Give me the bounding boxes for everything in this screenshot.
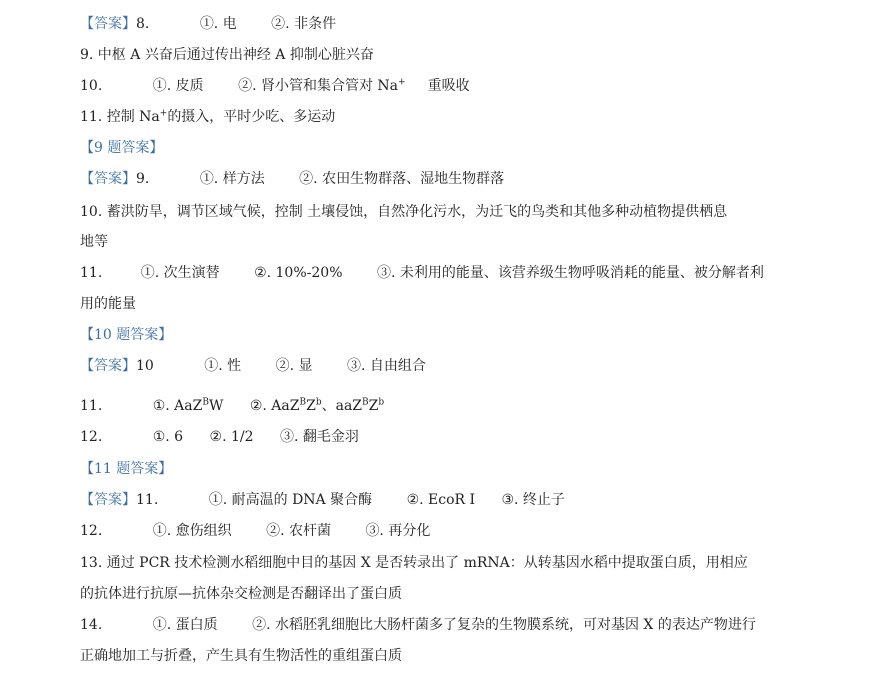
answer-line-10: 【答案】10 ①. 性 ②. 显 ③. 自由组合 (80, 356, 426, 376)
option-2: ②. 显 (276, 358, 313, 374)
option-1: ①. 性 (204, 358, 241, 374)
answer-line-14-cont: 正确地加工与折叠，产生具有生物活性的重组蛋白质 (80, 646, 402, 666)
option-1: ①. 6 (153, 429, 183, 445)
option-1: ①. 皮质 (153, 78, 204, 94)
option-3: ③. 再分化 (365, 523, 430, 539)
question-number: 11. (80, 265, 102, 281)
option-2: ②. 1/2 (210, 429, 254, 445)
question-number: 12. (80, 523, 102, 539)
answer-line-9: 【答案】9. ①. 样方法 ②. 农田生物群落、湿地生物群落 (80, 169, 504, 189)
answer-tag: 【答案】 (80, 171, 136, 187)
question-number: 8. (136, 16, 149, 32)
option-3: ③. 终止子 (501, 492, 564, 508)
answer-line-12: 12. ①. 愈伤组织 ②. 农杆菌 ③. 再分化 (80, 521, 430, 541)
option-1: ①. 愈伤组织 (153, 523, 232, 539)
option-1: ①. 次生演替 (141, 265, 220, 281)
answer-line-14: 14. ①. 蛋白质 ②. 水稻胚乳细胞比大肠杆菌多了复杂的生物膜系统，可对基因… (80, 615, 756, 635)
answer-line-10-cont: 地等 (80, 232, 108, 252)
option-1: ①. 电 (200, 16, 237, 32)
answer-line-10: 10. 蓄洪防旱，调节区域气候，控制 土壤侵蚀，自然净化污水，为迁飞的鸟类和其他… (80, 202, 727, 222)
answer-line-11-cont: 用的能量 (80, 294, 136, 314)
answer-line-10: 10. ①. 皮质 ②. 肾小管和集合管对 Na+重吸收 (80, 76, 470, 96)
option-2: ②. 农田生物群落、湿地生物群落 (299, 171, 504, 187)
answer-text: 9. 中枢 A 兴奋后通过传出神经 A 抑制心脏兴奋 (80, 47, 374, 63)
answer-line-11: 【答案】11. ①. 耐高温的 DNA 聚合酶 ②. EcoR I ③. 终止子 (80, 490, 565, 510)
option-1: ①. 样方法 (200, 171, 265, 187)
section-header-10: 【10 题答案】 (80, 325, 172, 345)
question-number: 14. (80, 617, 102, 633)
question-number: 11. (136, 492, 158, 508)
answer-line-13: 13. 通过 PCR 技术检测水稻细胞中目的基因 X 是否转录出了 mRNA：从… (80, 553, 748, 573)
option-2: ②. 肾小管和集合管对 Na+重吸收 (238, 78, 470, 94)
option-2: ②. EcoR I (407, 492, 475, 508)
option-3: ③. 自由组合 (347, 358, 426, 374)
option-1: ①. AaZBW (153, 398, 224, 414)
question-number: 10 (136, 358, 154, 374)
option-1: ①. 耐高温的 DNA 聚合酶 (209, 492, 372, 508)
option-2: ②. 水稻胚乳细胞比大肠杆菌多了复杂的生物膜系统，可对基因 X 的表达产物进行 (252, 617, 756, 633)
answer-line-9: 9. 中枢 A 兴奋后通过传出神经 A 抑制心脏兴奋 (80, 45, 374, 65)
option-3: ③. 翻毛金羽 (280, 429, 359, 445)
option-1: ①. 蛋白质 (153, 617, 218, 633)
option-2: ②. AaZBZb、aaZBZb (250, 398, 384, 414)
section-header-11: 【11 题答案】 (80, 459, 172, 479)
answer-tag: 【答案】 (80, 358, 136, 374)
answer-line-11: 11. ①. 次生演替 ②. 10%-20% ③. 未利用的能量、该营养级生物呼… (80, 263, 764, 283)
option-2: ②. 10%-20% (254, 265, 342, 281)
option-2: ②. 非条件 (271, 16, 336, 32)
answer-tag: 【答案】 (80, 492, 136, 508)
answer-line-13-cont: 的抗体进行抗原—抗体杂交检测是否翻译出了蛋白质 (80, 584, 402, 604)
answer-line-8: 【答案】8. ①. 电 ②. 非条件 (80, 14, 336, 34)
question-number: 11. (80, 398, 102, 414)
answer-line-11: 11. 控制 Na+的摄入，平时少吃、多运动 (80, 107, 335, 127)
answer-line-11: 11. ①. AaZBW ②. AaZBZb、aaZBZb (80, 396, 384, 416)
question-number: 9. (136, 171, 149, 187)
answer-tag: 【答案】 (80, 16, 136, 32)
option-3: ③. 未利用的能量、该营养级生物呼吸消耗的能量、被分解者利 (377, 265, 764, 281)
section-header-9: 【9 题答案】 (80, 138, 163, 158)
option-2: ②. 农杆菌 (266, 523, 331, 539)
answer-line-12: 12. ①. 6 ②. 1/2 ③. 翻毛金羽 (80, 427, 359, 447)
question-number: 12. (80, 429, 102, 445)
question-number: 10. (80, 78, 102, 94)
